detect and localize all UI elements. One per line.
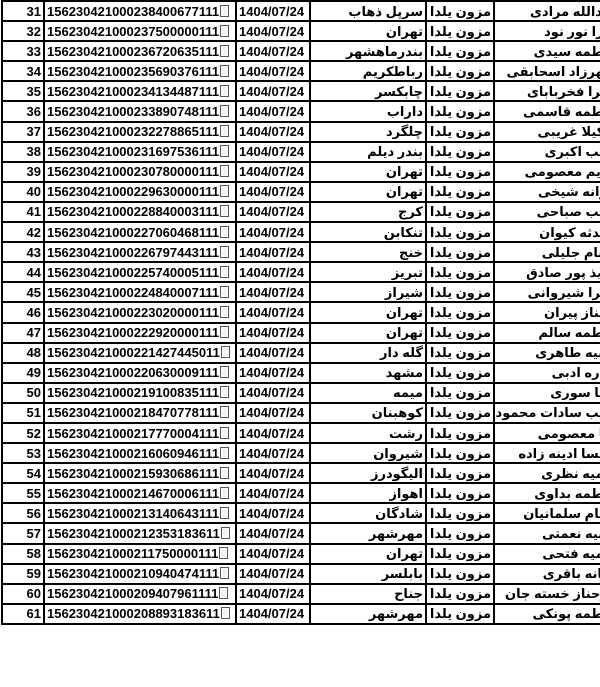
table-body: 311562304210002384006771111404/07/24سرپل… — [2, 1, 600, 624]
tracking-code-value: 156230421000210940474111 — [47, 566, 219, 581]
table-row: 591562304210002109404741111404/07/24بابل… — [2, 564, 600, 584]
table-row: 581562304210002117500001111404/07/24تهرا… — [2, 544, 600, 564]
date-cell: 1404/07/24 — [236, 262, 310, 282]
missing-glyph-icon — [220, 105, 229, 117]
recipient-name-cell: فاطمه سالم — [494, 323, 600, 343]
table-row: 331562304210002367206351111404/07/24بندر… — [2, 41, 600, 61]
table-row: 541562304210002159306861111404/07/24الیگ… — [2, 463, 600, 483]
table-row: 381562304210002316975361111404/07/24بندر… — [2, 142, 600, 162]
missing-glyph-icon — [220, 25, 229, 37]
missing-glyph-icon — [220, 185, 229, 197]
tracking-code-cell: 156230421000208893183611 — [44, 604, 236, 624]
missing-glyph-icon — [220, 487, 229, 499]
recipient-name-cell: هانیه طاهری — [494, 343, 600, 363]
recipient-name-cell: الهام سلمانیان — [494, 503, 600, 523]
date-cell: 1404/07/24 — [236, 423, 310, 443]
recipient-name-cell: زینب صباحی — [494, 202, 600, 222]
recipient-name-cell: عبدالله مرادی — [494, 1, 600, 21]
recipient-name-cell: صبا سوری — [494, 383, 600, 403]
tracking-code-value: 156230421000236720635111 — [47, 44, 219, 59]
brand-cell: مزون یلدا — [426, 21, 494, 41]
city-cell: تبریز — [310, 262, 426, 282]
tracking-code-cell: 156230421000222920000111 — [44, 323, 236, 343]
date-cell: 1404/07/24 — [236, 564, 310, 584]
tracking-code-value: 156230421000226797443111 — [47, 245, 219, 260]
date-cell: 1404/07/24 — [236, 101, 310, 121]
table-row: 551562304210002146700061111404/07/24اهوا… — [2, 483, 600, 503]
missing-glyph-icon — [220, 226, 229, 238]
recipient-name-cell: جوانه شیخی — [494, 182, 600, 202]
tracking-code-value: 156230421000216060946111 — [47, 446, 219, 461]
recipient-name-cell: منا معصومی — [494, 423, 600, 443]
row-number-cell: 54 — [2, 463, 44, 483]
recipient-name-cell: پریسا ادینه زاده — [494, 443, 600, 463]
tracking-code-value: 156230421000222920000111 — [47, 325, 219, 340]
row-number-cell: 34 — [2, 61, 44, 81]
recipient-name-cell: زهرا فخربابای — [494, 81, 600, 101]
table-row: 471562304210002229200001111404/07/24تهرا… — [2, 323, 600, 343]
date-cell: 1404/07/24 — [236, 282, 310, 302]
date-cell: 1404/07/24 — [236, 383, 310, 403]
recipient-name-cell: فاطمه بداوی — [494, 483, 600, 503]
tracking-code-value: 156230421000217770004111 — [47, 426, 219, 441]
tracking-code-value: 156230421000221427445011 — [47, 345, 220, 360]
table-row: 341562304210002356903761111404/07/24رباط… — [2, 61, 600, 81]
tracking-code-cell: 156230421000210940474111 — [44, 564, 236, 584]
date-cell: 1404/07/24 — [236, 202, 310, 222]
city-cell: رشت — [310, 423, 426, 443]
row-number-cell: 44 — [2, 262, 44, 282]
row-number-cell: 35 — [2, 81, 44, 101]
city-cell: تهران — [310, 302, 426, 322]
brand-cell: مزون یلدا — [426, 383, 494, 403]
brand-cell: مزون یلدا — [426, 523, 494, 543]
brand-cell: مزون یلدا — [426, 81, 494, 101]
missing-glyph-icon — [220, 326, 229, 338]
missing-glyph-icon — [220, 165, 229, 177]
date-cell: 1404/07/24 — [236, 483, 310, 503]
date-cell: 1404/07/24 — [236, 142, 310, 162]
tracking-code-value: 156230421000224840007111 — [47, 285, 219, 300]
brand-cell: مزون یلدا — [426, 302, 494, 322]
brand-cell: مزون یلدا — [426, 564, 494, 584]
brand-cell: مزون یلدا — [426, 282, 494, 302]
table-row: 321562304210002375000001111404/07/24تهرا… — [2, 21, 600, 41]
table-row: 531562304210002160609461111404/07/24شیرو… — [2, 443, 600, 463]
recipient-name-cell: سمیه نظری — [494, 463, 600, 483]
date-cell: 1404/07/24 — [236, 443, 310, 463]
city-cell: گله دار — [310, 343, 426, 363]
table-row: 391562304210002307800001111404/07/24تهرا… — [2, 162, 600, 182]
brand-cell: مزون یلدا — [426, 262, 494, 282]
city-cell: مهرشهر — [310, 604, 426, 624]
city-cell: شیروان — [310, 443, 426, 463]
table-row: 501562304210002191008351111404/07/24میمه… — [2, 383, 600, 403]
recipient-name-cell: سمیه فتحی — [494, 544, 600, 564]
tracking-code-value: 156230421000230780000111 — [47, 164, 219, 179]
table-row: 431562304210002267974431111404/07/24خنجم… — [2, 242, 600, 262]
tracking-code-cell: 156230421000225740005111 — [44, 262, 236, 282]
missing-glyph-icon — [220, 386, 229, 398]
recipient-name-cell: زینب اکبری — [494, 142, 600, 162]
row-number-cell: 48 — [2, 343, 44, 363]
missing-glyph-icon — [220, 306, 229, 318]
missing-glyph-icon — [219, 547, 228, 559]
tracking-code-value: 156230421000209407961111 — [47, 586, 218, 601]
tracking-code-value: 156230421000211750000111 — [47, 546, 218, 561]
tracking-code-cell: 156230421000209407961111 — [44, 584, 236, 604]
tracking-code-value: 156230421000223020000111 — [47, 305, 219, 320]
missing-glyph-icon — [220, 85, 229, 97]
brand-cell: مزون یلدا — [426, 544, 494, 564]
missing-glyph-icon — [220, 145, 229, 157]
recipient-name-cell: گلاره ادبی — [494, 363, 600, 383]
tracking-code-value: 156230421000213140643111 — [47, 506, 219, 521]
date-cell: 1404/07/24 — [236, 1, 310, 21]
table-row: 361562304210002338907481111404/07/24دارا… — [2, 101, 600, 121]
row-number-cell: 32 — [2, 21, 44, 41]
missing-glyph-icon — [220, 286, 229, 298]
brand-cell: مزون یلدا — [426, 1, 494, 21]
brand-cell: مزون یلدا — [426, 463, 494, 483]
brand-cell: مزون یلدا — [426, 483, 494, 503]
date-cell: 1404/07/24 — [236, 61, 310, 81]
table-row: 611562304210002088931836111404/07/24مهرش… — [2, 604, 600, 624]
table-row: 351562304210002341344871111404/07/24چابک… — [2, 81, 600, 101]
date-cell: 1404/07/24 — [236, 403, 310, 423]
recipient-name-cell: فاطمه قاسمی — [494, 101, 600, 121]
city-cell: شادگان — [310, 503, 426, 523]
tracking-code-value: 156230421000215930686111 — [47, 466, 219, 481]
city-cell: چلگرد — [310, 122, 426, 142]
tracking-code-cell: 156230421000224840007111 — [44, 282, 236, 302]
date-cell: 1404/07/24 — [236, 81, 310, 101]
missing-glyph-icon — [220, 266, 229, 278]
recipient-name-cell: بهنام جلیلی — [494, 242, 600, 262]
brand-cell: مزون یلدا — [426, 142, 494, 162]
tracking-code-cell: 156230421000233890748111 — [44, 101, 236, 121]
tracking-code-value: 156230421000228840003111 — [47, 204, 219, 219]
date-cell: 1404/07/24 — [236, 222, 310, 242]
table-row: 481562304210002214274450111404/07/24گله … — [2, 343, 600, 363]
row-number-cell: 53 — [2, 443, 44, 463]
date-cell: 1404/07/24 — [236, 182, 310, 202]
tracking-code-value: 156230421000212353183611 — [47, 526, 220, 541]
tracking-code-cell: 156230421000228840003111 — [44, 202, 236, 222]
row-number-cell: 43 — [2, 242, 44, 262]
city-cell: مشهد — [310, 363, 426, 383]
tracking-code-value: 156230421000225740005111 — [47, 265, 219, 280]
row-number-cell: 40 — [2, 182, 44, 202]
brand-cell: مزون یلدا — [426, 122, 494, 142]
city-cell: بندرماهشهر — [310, 41, 426, 61]
row-number-cell: 49 — [2, 363, 44, 383]
recipient-name-cell: پانیذ پور صادق — [494, 262, 600, 282]
date-cell: 1404/07/24 — [236, 503, 310, 523]
city-cell: تهران — [310, 544, 426, 564]
table-row: 461562304210002230200001111404/07/24تهرا… — [2, 302, 600, 322]
tracking-code-value: 156230421000229630000111 — [47, 184, 219, 199]
row-number-cell: 38 — [2, 142, 44, 162]
city-cell: مهرشهر — [310, 523, 426, 543]
tracking-code-cell: 156230421000220630009111 — [44, 363, 236, 383]
missing-glyph-icon — [220, 447, 229, 459]
tracking-code-value: 156230421000237500000111 — [47, 24, 219, 39]
tracking-code-value: 156230421000208893183611 — [47, 606, 220, 621]
city-cell: رباطکریم — [310, 61, 426, 81]
missing-glyph-icon — [221, 527, 230, 539]
missing-glyph-icon — [221, 346, 230, 358]
brand-cell: مزون یلدا — [426, 343, 494, 363]
missing-glyph-icon — [220, 125, 229, 137]
tracking-code-value: 156230421000233890748111 — [47, 104, 219, 119]
tracking-code-cell: 156230421000214670006111 — [44, 483, 236, 503]
recipient-name-cell: شکیلا غریبی — [494, 122, 600, 142]
brand-cell: مزون یلدا — [426, 222, 494, 242]
city-cell: داراب — [310, 101, 426, 121]
recipient-name-cell: پریناز پیران — [494, 302, 600, 322]
brand-cell: مزون یلدا — [426, 423, 494, 443]
row-number-cell: 59 — [2, 564, 44, 584]
tracking-code-value: 156230421000238400677111 — [47, 4, 219, 19]
tracking-code-cell: 156230421000213140643111 — [44, 503, 236, 523]
row-number-cell: 55 — [2, 483, 44, 503]
tracking-code-cell: 156230421000229630000111 — [44, 182, 236, 202]
missing-glyph-icon — [220, 567, 229, 579]
tracking-code-cell: 156230421000221427445011 — [44, 343, 236, 363]
recipient-name-cell: فرحناز خسته جان — [494, 584, 600, 604]
city-cell: سرپل ذهاب — [310, 1, 426, 21]
table-row: 521562304210002177700041111404/07/24رشتم… — [2, 423, 600, 443]
table-row: 571562304210002123531836111404/07/24مهرش… — [2, 523, 600, 543]
tracking-code-value: 156230421000219100835111 — [47, 385, 219, 400]
city-cell: کرج — [310, 202, 426, 222]
date-cell: 1404/07/24 — [236, 302, 310, 322]
brand-cell: مزون یلدا — [426, 61, 494, 81]
table-row: 311562304210002384006771111404/07/24سرپل… — [2, 1, 600, 21]
brand-cell: مزون یلدا — [426, 242, 494, 262]
row-number-cell: 51 — [2, 403, 44, 423]
recipient-name-cell: فاطمه پونکی — [494, 604, 600, 624]
recipient-name-cell: کنزا نور نود — [494, 21, 600, 41]
brand-cell: مزون یلدا — [426, 182, 494, 202]
table-row: 371562304210002322788651111404/07/24چلگر… — [2, 122, 600, 142]
missing-glyph-icon — [220, 205, 229, 217]
date-cell: 1404/07/24 — [236, 544, 310, 564]
table-row: 511562304210002184707781111404/07/24کوهب… — [2, 403, 600, 423]
tracking-code-cell: 156230421000217770004111 — [44, 423, 236, 443]
city-cell: کوهبنان — [310, 403, 426, 423]
recipient-name-cell: فاطمه سیدی — [494, 41, 600, 61]
city-cell: الیگودرز — [310, 463, 426, 483]
row-number-cell: 60 — [2, 584, 44, 604]
date-cell: 1404/07/24 — [236, 463, 310, 483]
missing-glyph-icon — [219, 587, 228, 599]
recipient-name-cell: هانیه نعمتی — [494, 523, 600, 543]
tracking-code-cell: 156230421000223020000111 — [44, 302, 236, 322]
row-number-cell: 39 — [2, 162, 44, 182]
tracking-code-cell: 156230421000235690376111 — [44, 61, 236, 81]
city-cell: بابلسر — [310, 564, 426, 584]
missing-glyph-icon — [220, 246, 229, 258]
date-cell: 1404/07/24 — [236, 323, 310, 343]
table-row: 401562304210002296300001111404/07/24تهرا… — [2, 182, 600, 202]
row-number-cell: 52 — [2, 423, 44, 443]
missing-glyph-icon — [220, 45, 229, 57]
date-cell: 1404/07/24 — [236, 584, 310, 604]
brand-cell: مزون یلدا — [426, 443, 494, 463]
recipient-name-cell: مریم معصومی — [494, 162, 600, 182]
brand-cell: مزون یلدا — [426, 403, 494, 423]
tracking-code-value: 156230421000214670006111 — [47, 486, 219, 501]
row-number-cell: 61 — [2, 604, 44, 624]
city-cell: تهران — [310, 21, 426, 41]
shipments-table: 311562304210002384006771111404/07/24سرپل… — [1, 0, 600, 625]
tracking-code-cell: 156230421000238400677111 — [44, 1, 236, 21]
tracking-code-cell: 156230421000231697536111 — [44, 142, 236, 162]
missing-glyph-icon — [220, 5, 229, 17]
row-number-cell: 31 — [2, 1, 44, 21]
brand-cell: مزون یلدا — [426, 41, 494, 61]
brand-cell: مزون یلدا — [426, 323, 494, 343]
missing-glyph-icon — [220, 507, 229, 519]
recipient-name-cell: زینب سادات محمودی — [494, 403, 600, 423]
tracking-code-cell: 156230421000218470778111 — [44, 403, 236, 423]
row-number-cell: 41 — [2, 202, 44, 222]
date-cell: 1404/07/24 — [236, 523, 310, 543]
tracking-code-cell: 156230421000230780000111 — [44, 162, 236, 182]
table-row: 561562304210002131406431111404/07/24شادگ… — [2, 503, 600, 523]
date-cell: 1404/07/24 — [236, 41, 310, 61]
city-cell: شیراز — [310, 282, 426, 302]
brand-cell: مزون یلدا — [426, 363, 494, 383]
tracking-code-value: 156230421000220630009111 — [47, 365, 219, 380]
brand-cell: مزون یلدا — [426, 604, 494, 624]
row-number-cell: 58 — [2, 544, 44, 564]
tracking-code-cell: 156230421000216060946111 — [44, 443, 236, 463]
tracking-code-cell: 156230421000234134487111 — [44, 81, 236, 101]
tracking-code-value: 156230421000218470778111 — [47, 405, 219, 420]
city-cell: اهواز — [310, 483, 426, 503]
recipient-name-cell: حنانه باقری — [494, 564, 600, 584]
missing-glyph-icon — [220, 65, 229, 77]
row-number-cell: 45 — [2, 282, 44, 302]
city-cell: بندر دیلم — [310, 142, 426, 162]
city-cell: تهران — [310, 182, 426, 202]
tracking-code-cell: 156230421000212353183611 — [44, 523, 236, 543]
tracking-code-cell: 156230421000236720635111 — [44, 41, 236, 61]
row-number-cell: 42 — [2, 222, 44, 242]
brand-cell: مزون یلدا — [426, 162, 494, 182]
tracking-code-cell: 156230421000215930686111 — [44, 463, 236, 483]
table-row: 601562304210002094079611111404/07/24جناح… — [2, 584, 600, 604]
tracking-code-value: 156230421000234134487111 — [47, 84, 219, 99]
missing-glyph-icon — [220, 427, 229, 439]
city-cell: تهران — [310, 162, 426, 182]
tracking-code-value: 156230421000235690376111 — [47, 64, 219, 79]
recipient-name-cell: محدثه کیوان — [494, 222, 600, 242]
table-row: 421562304210002270604681111404/07/24تنکا… — [2, 222, 600, 242]
city-cell: چابکسر — [310, 81, 426, 101]
missing-glyph-icon — [220, 467, 229, 479]
tracking-code-value: 156230421000227060468111 — [47, 225, 219, 240]
row-number-cell: 37 — [2, 122, 44, 142]
date-cell: 1404/07/24 — [236, 604, 310, 624]
brand-cell: مزون یلدا — [426, 503, 494, 523]
date-cell: 1404/07/24 — [236, 343, 310, 363]
date-cell: 1404/07/24 — [236, 162, 310, 182]
city-cell: تنکابن — [310, 222, 426, 242]
missing-glyph-icon — [220, 406, 229, 418]
city-cell: تهران — [310, 323, 426, 343]
date-cell: 1404/07/24 — [236, 21, 310, 41]
row-number-cell: 57 — [2, 523, 44, 543]
row-number-cell: 33 — [2, 41, 44, 61]
tracking-code-value: 156230421000231697536111 — [47, 144, 219, 159]
brand-cell: مزون یلدا — [426, 584, 494, 604]
brand-cell: مزون یلدا — [426, 202, 494, 222]
row-number-cell: 47 — [2, 323, 44, 343]
tracking-code-cell: 156230421000237500000111 — [44, 21, 236, 41]
tracking-code-cell: 156230421000232278865111 — [44, 122, 236, 142]
table-row: 411562304210002288400031111404/07/24کرجم… — [2, 202, 600, 222]
tracking-code-value: 156230421000232278865111 — [47, 124, 219, 139]
date-cell: 1404/07/24 — [236, 122, 310, 142]
missing-glyph-icon — [220, 366, 229, 378]
tracking-code-cell: 156230421000211750000111 — [44, 544, 236, 564]
missing-glyph-icon — [221, 607, 230, 619]
brand-cell: مزون یلدا — [426, 101, 494, 121]
row-number-cell: 46 — [2, 302, 44, 322]
tracking-code-cell: 156230421000227060468111 — [44, 222, 236, 242]
recipient-name-cell: زهرا شیروانی — [494, 282, 600, 302]
recipient-name-cell: شهرزاد اسحابقی — [494, 61, 600, 81]
row-number-cell: 50 — [2, 383, 44, 403]
table-row: 441562304210002257400051111404/07/24تبری… — [2, 262, 600, 282]
table-row: 491562304210002206300091111404/07/24مشهد… — [2, 363, 600, 383]
tracking-code-cell: 156230421000226797443111 — [44, 242, 236, 262]
table-row: 451562304210002248400071111404/07/24شیرا… — [2, 282, 600, 302]
city-cell: میمه — [310, 383, 426, 403]
row-number-cell: 36 — [2, 101, 44, 121]
tracking-code-cell: 156230421000219100835111 — [44, 383, 236, 403]
date-cell: 1404/07/24 — [236, 363, 310, 383]
city-cell: جناح — [310, 584, 426, 604]
city-cell: خنج — [310, 242, 426, 262]
date-cell: 1404/07/24 — [236, 242, 310, 262]
row-number-cell: 56 — [2, 503, 44, 523]
